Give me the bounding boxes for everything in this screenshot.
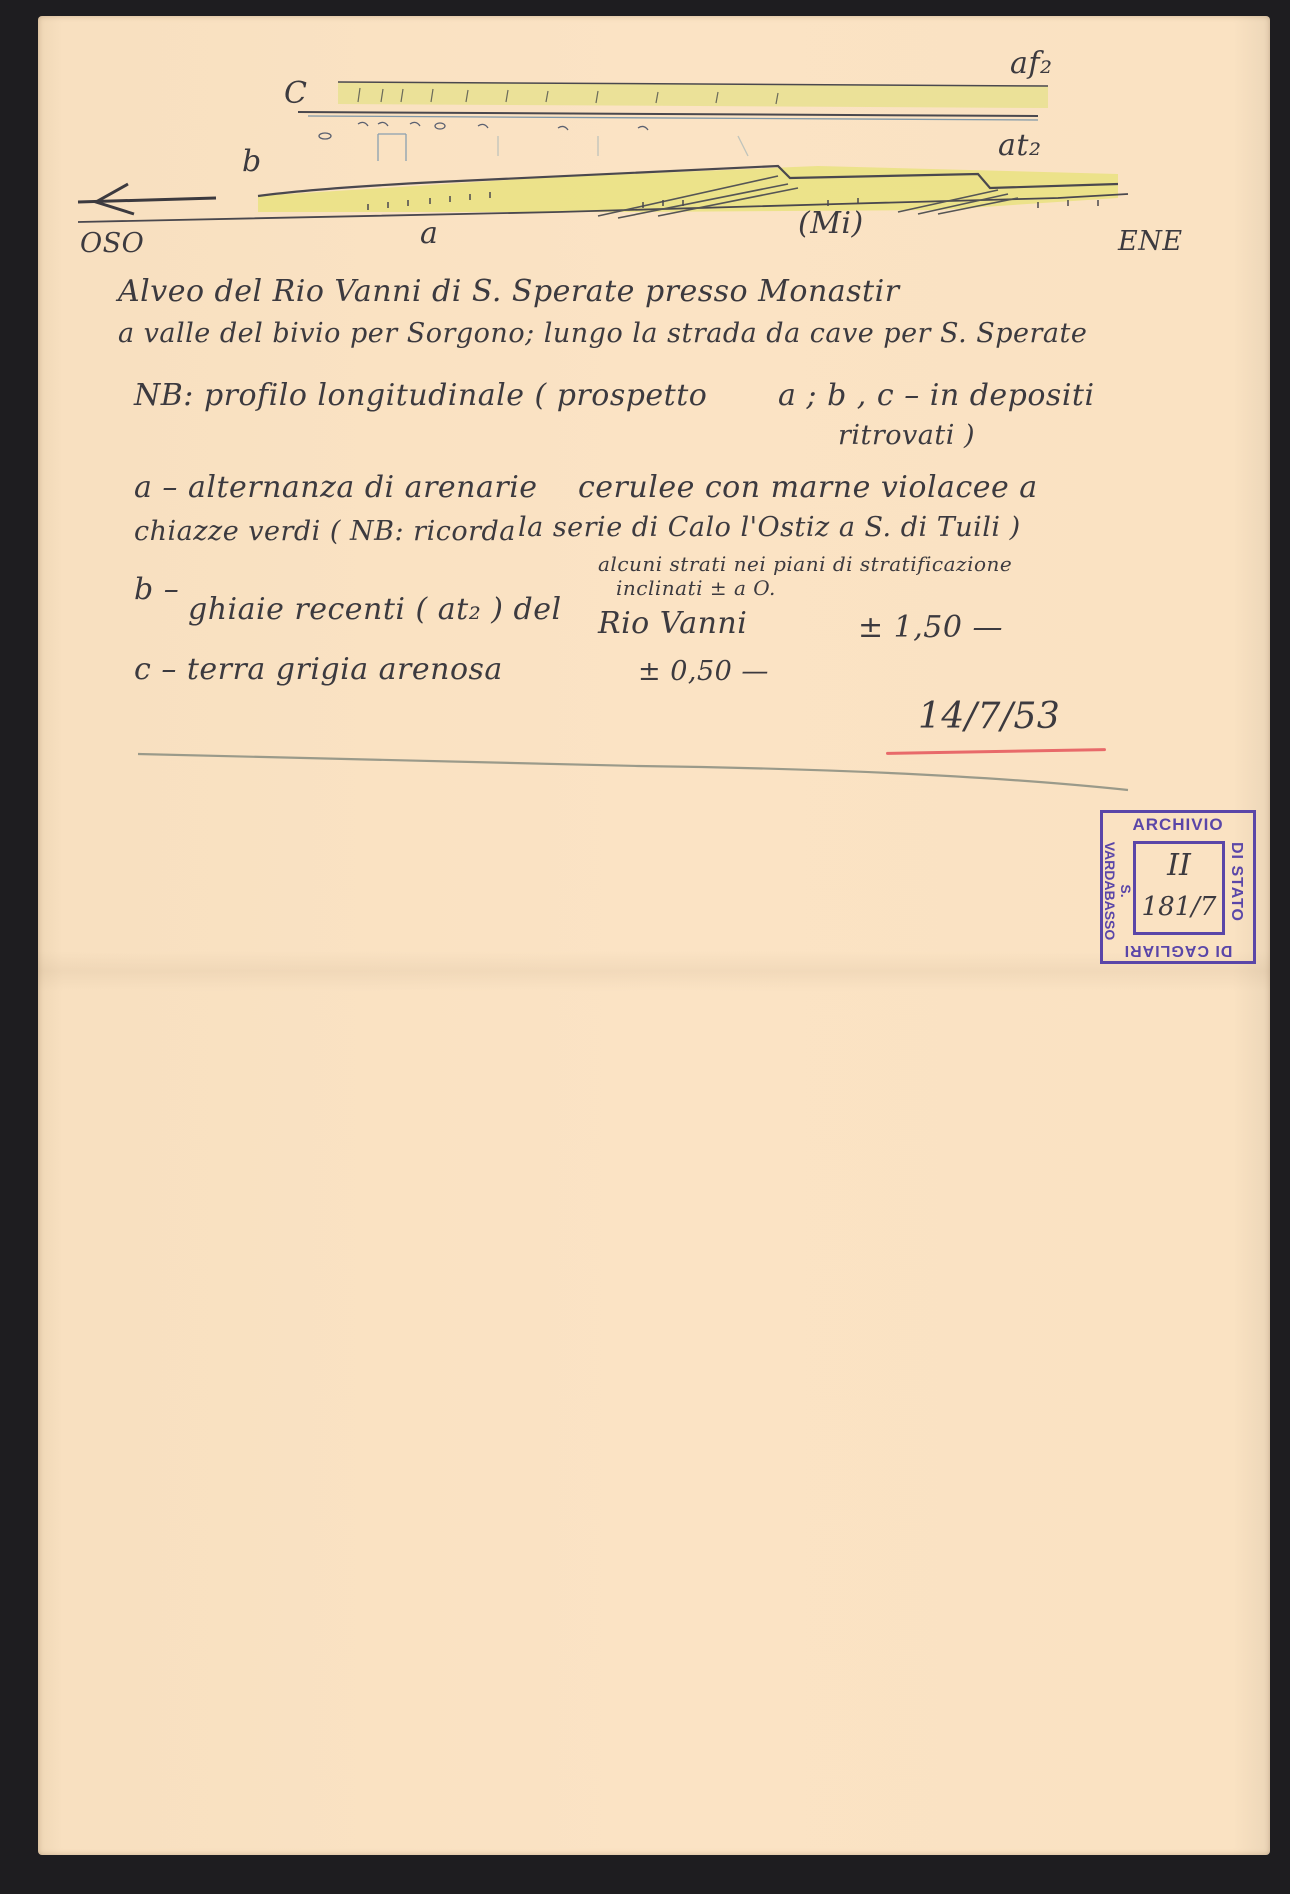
sketch-label-b: b bbox=[242, 144, 262, 179]
item-b-end: Rio Vanni bbox=[598, 606, 747, 641]
sketch-label-mi: (Mi) bbox=[798, 206, 864, 241]
stamp-left-text: S. VARDABASSO bbox=[1102, 836, 1134, 946]
notebook-page: C b a af₂ at₂ (Mi) OSO ENE Alveo del Rio… bbox=[38, 16, 1270, 1855]
sketch-label-at2: at₂ bbox=[998, 128, 1041, 163]
item-c-text: c – terra grigia arenosa bbox=[134, 652, 503, 687]
page-fold bbox=[38, 951, 1270, 991]
archive-stamp: ARCHIVIO DI STATO DI CAGLIARI S. VARDABA… bbox=[1100, 810, 1256, 964]
sketch-label-c: C bbox=[284, 76, 307, 111]
item-a-line-2a: chiazze verdi ( NB: ricorda bbox=[134, 516, 516, 547]
item-a-line-1b: cerulee con marne violacee a bbox=[578, 470, 1038, 505]
item-b-value: ± 1,50 — bbox=[858, 610, 1003, 645]
direction-label-west: OSO bbox=[80, 228, 144, 259]
stamp-roman-number: II bbox=[1136, 848, 1222, 883]
item-a-line-3: alcuni strati nei piani di stratificazio… bbox=[598, 552, 1012, 576]
item-a-line-2b: la serie di Calo l'Ostiz a S. di Tuili ) bbox=[518, 512, 1021, 543]
stamp-fraction: 181/7 bbox=[1136, 892, 1222, 922]
note-date: 14/7/53 bbox=[918, 696, 1060, 737]
geological-cross-section-sketch bbox=[38, 16, 1270, 276]
note-line-3a: NB: profilo longitudinale ( prospetto bbox=[134, 378, 707, 413]
section-divider-line bbox=[38, 736, 1270, 796]
note-line-4: ritrovati ) bbox=[838, 420, 975, 451]
direction-label-east: ENE bbox=[1118, 226, 1183, 257]
note-line-3b: a ; b , c – in depositi bbox=[778, 378, 1095, 413]
note-line-1: Alveo del Rio Vanni di S. Sperate presso… bbox=[118, 274, 900, 309]
item-c-value: ± 0,50 — bbox=[638, 656, 769, 687]
item-a-line-1: a – alternanza di arenarie bbox=[134, 470, 538, 505]
stamp-top-text: ARCHIVIO bbox=[1103, 815, 1253, 835]
sketch-label-a: a bbox=[420, 216, 438, 251]
item-b-prefix: b – bbox=[134, 572, 179, 607]
stamp-inner-box: II 181/7 bbox=[1133, 841, 1225, 935]
item-a-line-4: inclinati ± a O. bbox=[616, 576, 776, 600]
stamp-right-text: DI STATO bbox=[1227, 837, 1245, 927]
item-b-text: ghiaie recenti ( at₂ ) del bbox=[188, 592, 562, 627]
sketch-label-af2: af₂ bbox=[1010, 46, 1053, 81]
note-line-2: a valle del bivio per Sorgono; lungo la … bbox=[118, 318, 1087, 349]
